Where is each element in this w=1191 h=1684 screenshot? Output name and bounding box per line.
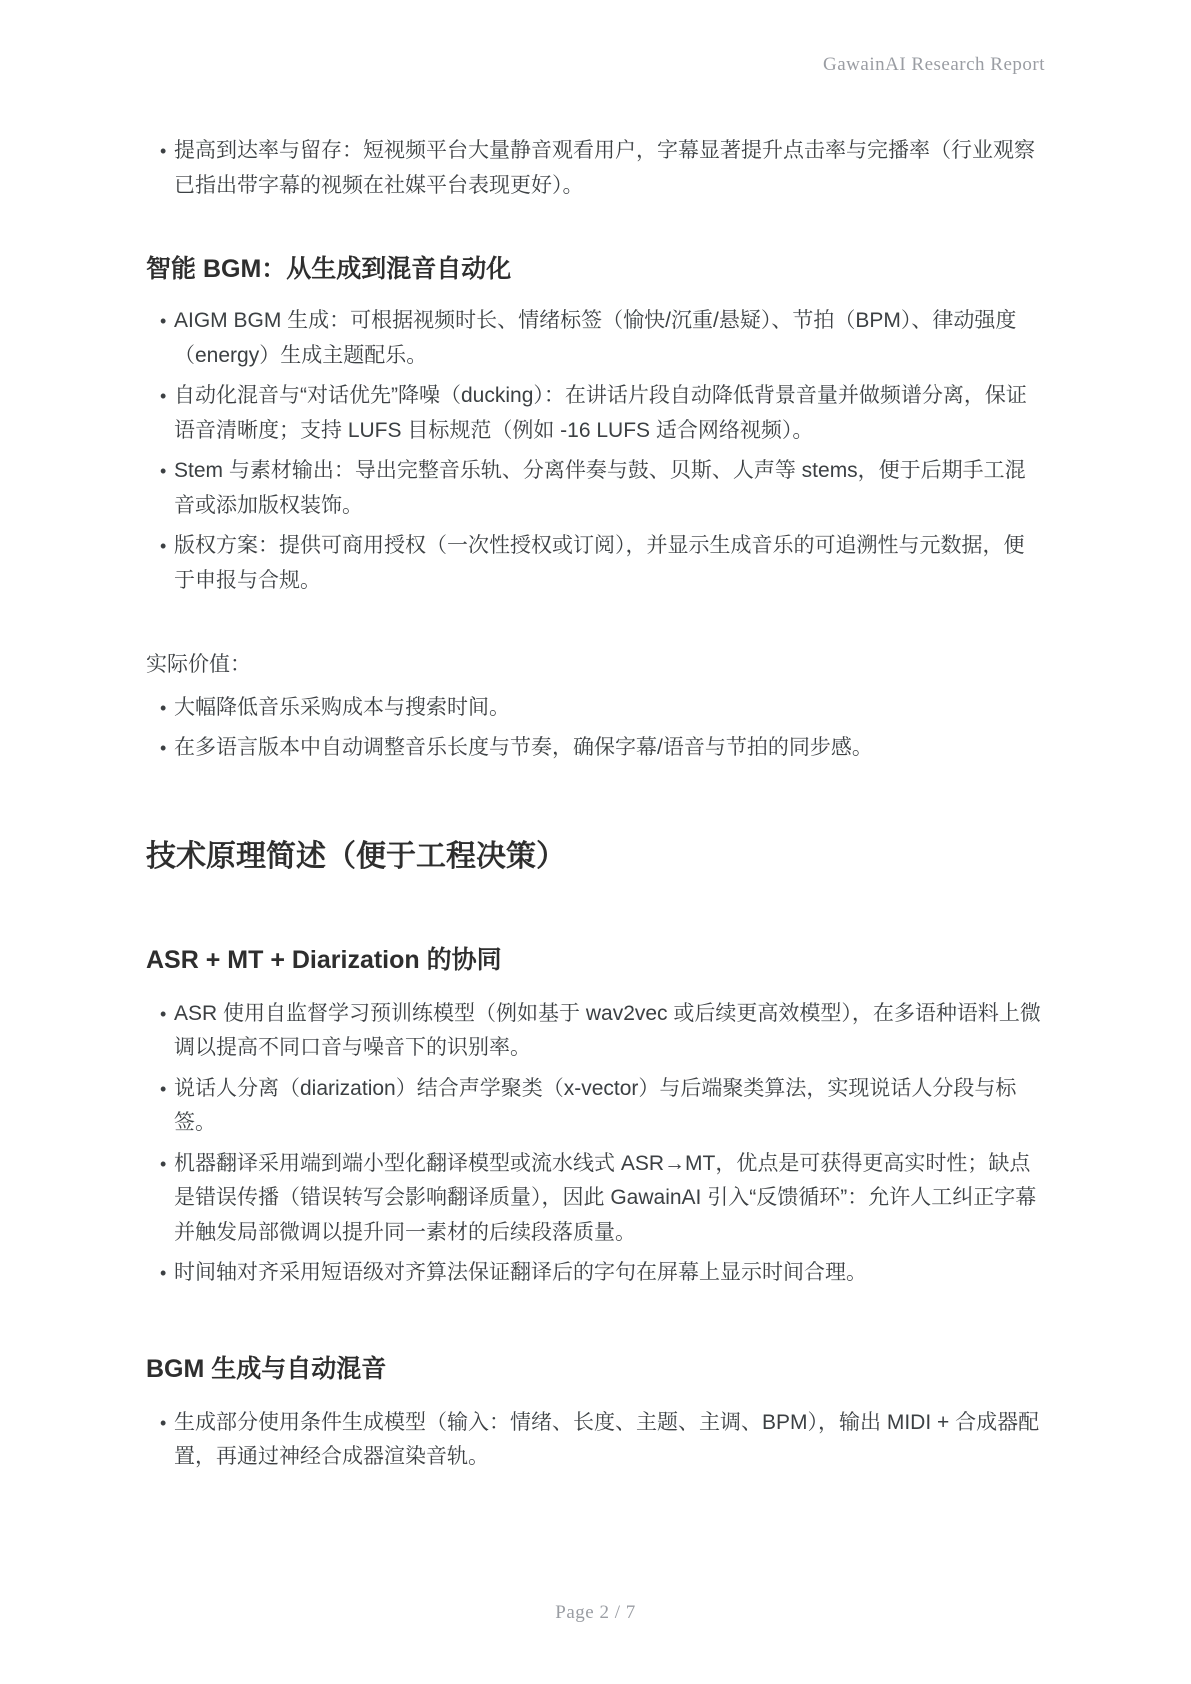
section-heading-tech-principles: 技术原理简述（便于工程决策） xyxy=(146,836,1045,878)
report-page: GawainAI Research Report 提高到达率与留存：短视频平台大… xyxy=(0,0,1191,1684)
bullet-item: ASR 使用自监督学习预训练模型（例如基于 wav2vec 或后续更高效模型），… xyxy=(160,997,1045,1066)
bullet-item: AIGM BGM 生成：可根据视频时长、情绪标签（愉快/沉重/悬疑）、节拍（BP… xyxy=(160,304,1045,373)
bullet-item: 版权方案：提供可商用授权（一次性授权或订阅），并显示生成音乐的可追溯性与元数据，… xyxy=(160,529,1045,598)
smart-bgm-bullet-list: AIGM BGM 生成：可根据视频时长、情绪标签（愉快/沉重/悬疑）、节拍（BP… xyxy=(160,304,1045,598)
asr-bullet-list: ASR 使用自监督学习预训练模型（例如基于 wav2vec 或后续更高效模型），… xyxy=(160,997,1045,1291)
bullet-item: 自动化混音与“对话优先”降噪（ducking）：在讲话片段自动降低背景音量并做频… xyxy=(160,379,1045,448)
section-heading-smart-bgm: 智能 BGM：从生成到混音自动化 xyxy=(146,253,1045,286)
bgm-generation-bullet-list: 生成部分使用条件生成模型（输入：情绪、长度、主题、主调、BPM），输出 MIDI… xyxy=(160,1406,1045,1475)
bullet-item: 说话人分离（diarization）结合声学聚类（x-vector）与后端聚类算… xyxy=(160,1072,1045,1141)
value-label: 实际价值： xyxy=(146,648,1045,683)
page-header: GawainAI Research Report xyxy=(823,54,1045,76)
page-content: 提高到达率与留存：短视频平台大量静音观看用户，字幕显著提升点击率与完播率（行业观… xyxy=(0,0,1191,1475)
bullet-item: 时间轴对齐采用短语级对齐算法保证翻译后的字句在屏幕上显示时间合理。 xyxy=(160,1256,1045,1291)
bullet-item: 提高到达率与留存：短视频平台大量静音观看用户，字幕显著提升点击率与完播率（行业观… xyxy=(160,134,1045,203)
bullet-item: Stem 与素材输出：导出完整音乐轨、分离伴奏与鼓、贝斯、人声等 stems，便… xyxy=(160,454,1045,523)
subsection-heading-bgm-generation: BGM 生成与自动混音 xyxy=(146,1353,1045,1386)
bullet-item: 在多语言版本中自动调整音乐长度与节奏，确保字幕/语音与节拍的同步感。 xyxy=(160,731,1045,766)
bullet-item: 机器翻译采用端到端小型化翻译模型或流水线式 ASR→MT，优点是可获得更高实时性… xyxy=(160,1147,1045,1251)
bullet-item: 大幅降低音乐采购成本与搜索时间。 xyxy=(160,691,1045,726)
carryover-bullet-list: 提高到达率与留存：短视频平台大量静音观看用户，字幕显著提升点击率与完播率（行业观… xyxy=(160,134,1045,203)
page-footer: Page 2 / 7 xyxy=(0,1602,1191,1624)
bullet-item: 生成部分使用条件生成模型（输入：情绪、长度、主题、主调、BPM），输出 MIDI… xyxy=(160,1406,1045,1475)
subsection-heading-asr-mt-diarization: ASR + MT + Diarization 的协同 xyxy=(146,944,1045,977)
value-bullet-list: 大幅降低音乐采购成本与搜索时间。 在多语言版本中自动调整音乐长度与节奏，确保字幕… xyxy=(160,691,1045,766)
